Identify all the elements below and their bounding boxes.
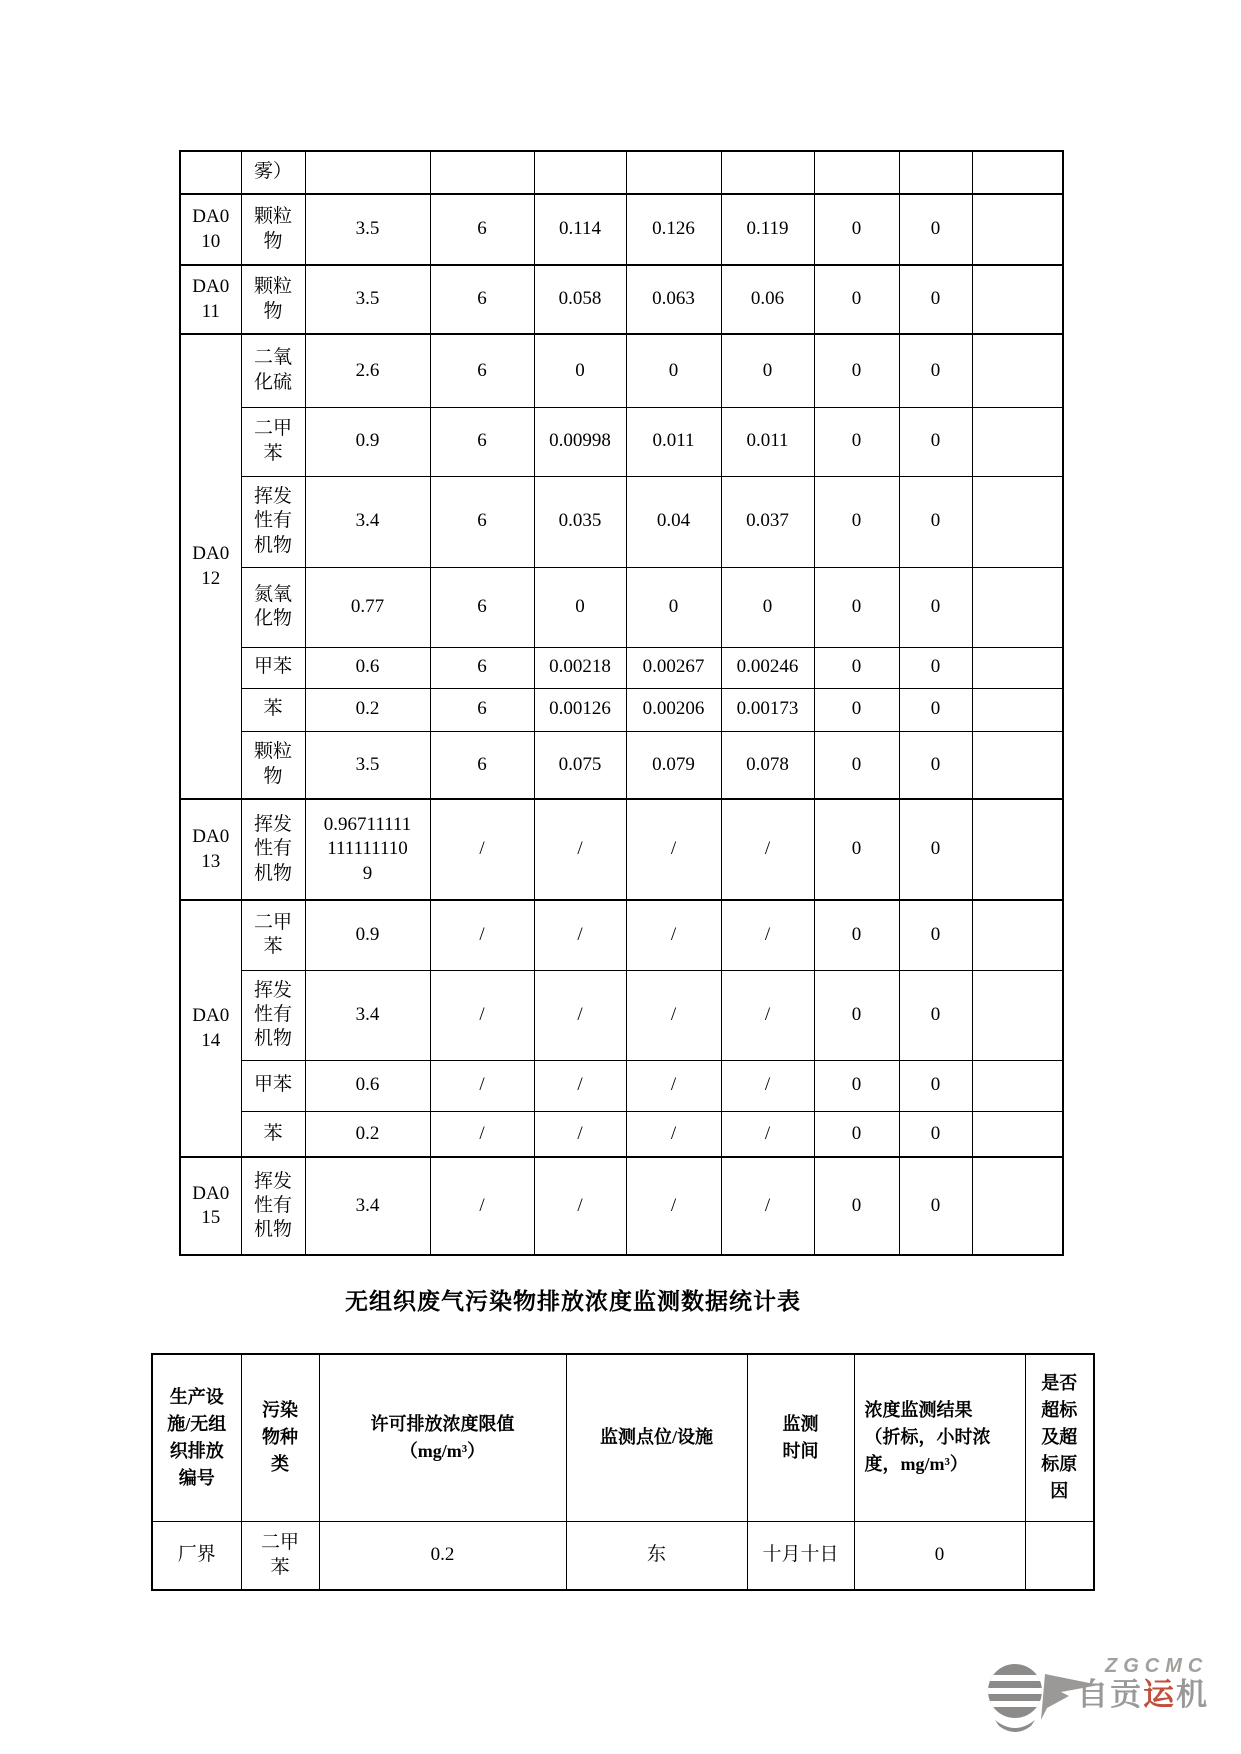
value-cell: 3.5 bbox=[305, 731, 430, 799]
value-cell: 0 bbox=[899, 194, 972, 265]
value-cell bbox=[721, 151, 814, 194]
table-row: 厂界二甲 苯0.2东十月十日0 bbox=[152, 1521, 1094, 1590]
value-cell: 0 bbox=[899, 799, 972, 900]
header-cell: 是否 超标 及超 标原 因 bbox=[1025, 1354, 1094, 1521]
value-cell: 0.00246 bbox=[721, 647, 814, 688]
pollutant-cell: 颗粒 物 bbox=[241, 194, 305, 265]
value-cell: 0 bbox=[814, 799, 899, 900]
pollutant-cell: 苯 bbox=[241, 1111, 305, 1157]
header-cell: 许可排放浓度限值 （mg/m³） bbox=[319, 1354, 566, 1521]
value-cell: / bbox=[721, 1060, 814, 1111]
pollutant-cell: 雾） bbox=[241, 151, 305, 194]
table-row: DA0 15挥发 性有 机物3.4////00 bbox=[180, 1157, 1063, 1255]
table-row: 二甲 苯0.960.009980.0110.01100 bbox=[180, 407, 1063, 476]
value-cell: 3.5 bbox=[305, 265, 430, 334]
value-cell: 0.011 bbox=[626, 407, 721, 476]
value-cell: 6 bbox=[430, 647, 534, 688]
value-cell: 0.2 bbox=[319, 1521, 566, 1590]
value-cell bbox=[972, 647, 1063, 688]
value-cell: 0 bbox=[899, 476, 972, 567]
value-cell: 0.075 bbox=[534, 731, 626, 799]
value-cell: / bbox=[626, 970, 721, 1060]
value-cell: 3.5 bbox=[305, 194, 430, 265]
value-cell: 0.6 bbox=[305, 1060, 430, 1111]
page-title: 无组织废气污染物排放浓度监测数据统计表 bbox=[345, 1283, 801, 1316]
value-cell: / bbox=[430, 900, 534, 970]
value-cell bbox=[972, 194, 1063, 265]
value-cell: 6 bbox=[430, 334, 534, 407]
logo-text: ZGCMC 自贡运机 bbox=[1077, 1656, 1209, 1710]
value-cell bbox=[972, 799, 1063, 900]
value-cell: 0 bbox=[854, 1521, 1025, 1590]
table-row: 苯0.260.001260.002060.0017300 bbox=[180, 688, 1063, 731]
value-cell bbox=[972, 1060, 1063, 1111]
value-cell bbox=[430, 151, 534, 194]
value-cell bbox=[305, 151, 430, 194]
value-cell: 0.037 bbox=[721, 476, 814, 567]
pollutant-cell: 二甲 苯 bbox=[241, 900, 305, 970]
value-cell: / bbox=[534, 900, 626, 970]
value-cell: 3.4 bbox=[305, 970, 430, 1060]
emission-table: 雾）DA0 10颗粒 物3.560.1140.1260.11900DA0 11颗… bbox=[179, 150, 1064, 1256]
table-row: 苯0.2////00 bbox=[180, 1111, 1063, 1157]
facility-id-cell: DA0 12 bbox=[180, 334, 241, 799]
value-cell: 0 bbox=[721, 334, 814, 407]
value-cell: 2.6 bbox=[305, 334, 430, 407]
facility-id-cell: DA0 15 bbox=[180, 1157, 241, 1255]
brand-cn-accent: 运 bbox=[1143, 1677, 1176, 1712]
value-cell: 0 bbox=[626, 334, 721, 407]
value-cell: 0.114 bbox=[534, 194, 626, 265]
table-row: 甲苯0.660.002180.002670.0024600 bbox=[180, 647, 1063, 688]
value-cell: 0.119 bbox=[721, 194, 814, 265]
value-cell: / bbox=[626, 1060, 721, 1111]
table-row: DA0 14二甲 苯0.9////00 bbox=[180, 900, 1063, 970]
value-cell: / bbox=[430, 1111, 534, 1157]
pollutant-cell: 挥发 性有 机物 bbox=[241, 970, 305, 1060]
value-cell: 0 bbox=[814, 567, 899, 647]
value-cell: 0 bbox=[814, 970, 899, 1060]
value-cell: 0.011 bbox=[721, 407, 814, 476]
brand-text-en: ZGCMC bbox=[1105, 1656, 1209, 1676]
value-cell: / bbox=[534, 1157, 626, 1255]
value-cell bbox=[972, 567, 1063, 647]
value-cell: / bbox=[430, 1157, 534, 1255]
value-cell bbox=[972, 476, 1063, 567]
table-row: 颗粒 物3.560.0750.0790.07800 bbox=[180, 731, 1063, 799]
value-cell: 0.00218 bbox=[534, 647, 626, 688]
value-cell: / bbox=[721, 970, 814, 1060]
value-cell: 0.77 bbox=[305, 567, 430, 647]
pollutant-cell: 挥发 性有 机物 bbox=[241, 799, 305, 900]
value-cell bbox=[972, 265, 1063, 334]
brand-text-cn: 自贡运机 bbox=[1077, 1679, 1209, 1710]
value-cell: 0 bbox=[814, 1157, 899, 1255]
value-cell: / bbox=[430, 1060, 534, 1111]
value-cell: 0 bbox=[899, 1111, 972, 1157]
value-cell: 0.00173 bbox=[721, 688, 814, 731]
pollutant-cell: 颗粒 物 bbox=[241, 731, 305, 799]
value-cell: / bbox=[721, 799, 814, 900]
value-cell: 0.063 bbox=[626, 265, 721, 334]
value-cell bbox=[1025, 1521, 1094, 1590]
value-cell: 0 bbox=[814, 407, 899, 476]
pollutant-cell: 甲苯 bbox=[241, 1060, 305, 1111]
value-cell bbox=[626, 151, 721, 194]
value-cell bbox=[972, 731, 1063, 799]
value-cell: 0 bbox=[899, 265, 972, 334]
company-logo: ZGCMC 自贡运机 bbox=[985, 1656, 1241, 1740]
header-cell: 监测点位/设施 bbox=[566, 1354, 747, 1521]
value-cell: 十月十日 bbox=[747, 1521, 854, 1590]
value-cell: 0 bbox=[814, 688, 899, 731]
value-cell bbox=[972, 970, 1063, 1060]
value-cell: 0.06 bbox=[721, 265, 814, 334]
value-cell: 0 bbox=[899, 688, 972, 731]
brand-cn-suffix: 机 bbox=[1176, 1677, 1209, 1712]
document-page: 雾）DA0 10颗粒 物3.560.1140.1260.11900DA0 11颗… bbox=[0, 0, 1241, 1754]
table-row: 甲苯0.6////00 bbox=[180, 1060, 1063, 1111]
header-cell: 生产设 施/无组 织排放 编号 bbox=[152, 1354, 241, 1521]
value-cell: 0.058 bbox=[534, 265, 626, 334]
value-cell: 0 bbox=[899, 1060, 972, 1111]
value-cell: / bbox=[430, 970, 534, 1060]
value-cell: 0.2 bbox=[305, 1111, 430, 1157]
value-cell: / bbox=[534, 799, 626, 900]
value-cell: 0 bbox=[721, 567, 814, 647]
value-cell bbox=[972, 151, 1063, 194]
value-cell: 0 bbox=[899, 567, 972, 647]
facility-id-cell: DA0 10 bbox=[180, 194, 241, 265]
value-cell: / bbox=[626, 799, 721, 900]
pollutant-cell: 挥发 性有 机物 bbox=[241, 476, 305, 567]
value-cell: 0.00267 bbox=[626, 647, 721, 688]
value-cell: 6 bbox=[430, 265, 534, 334]
value-cell bbox=[972, 407, 1063, 476]
value-cell: / bbox=[534, 970, 626, 1060]
value-cell: 二甲 苯 bbox=[241, 1521, 319, 1590]
facility-id-cell bbox=[180, 151, 241, 194]
pollutant-cell: 挥发 性有 机物 bbox=[241, 1157, 305, 1255]
value-cell: 3.4 bbox=[305, 476, 430, 567]
value-cell: 0.6 bbox=[305, 647, 430, 688]
emission-table-body: 雾）DA0 10颗粒 物3.560.1140.1260.11900DA0 11颗… bbox=[180, 151, 1063, 1255]
table-row: DA0 10颗粒 物3.560.1140.1260.11900 bbox=[180, 194, 1063, 265]
table-row: 雾） bbox=[180, 151, 1063, 194]
pollutant-cell: 氮氧 化物 bbox=[241, 567, 305, 647]
header-cell: 监测 时间 bbox=[747, 1354, 854, 1521]
value-cell: 0.079 bbox=[626, 731, 721, 799]
value-cell: 0.126 bbox=[626, 194, 721, 265]
value-cell: / bbox=[626, 1111, 721, 1157]
pollutant-cell: 甲苯 bbox=[241, 647, 305, 688]
value-cell: 0.035 bbox=[534, 476, 626, 567]
value-cell bbox=[972, 900, 1063, 970]
value-cell: 0.2 bbox=[305, 688, 430, 731]
value-cell: / bbox=[721, 1111, 814, 1157]
brand-cn-prefix: 自贡 bbox=[1077, 1677, 1143, 1712]
value-cell: / bbox=[626, 1157, 721, 1255]
value-cell: 6 bbox=[430, 567, 534, 647]
value-cell: 6 bbox=[430, 407, 534, 476]
table-row: DA0 12二氧 化硫2.6600000 bbox=[180, 334, 1063, 407]
facility-id-cell: DA0 14 bbox=[180, 900, 241, 1157]
value-cell: 0 bbox=[899, 970, 972, 1060]
value-cell: 0.00126 bbox=[534, 688, 626, 731]
pollutant-cell: 颗粒 物 bbox=[241, 265, 305, 334]
table-row: DA0 13挥发 性有 机物0.96711111 111111110 9////… bbox=[180, 799, 1063, 900]
value-cell: 0 bbox=[814, 265, 899, 334]
value-cell: 0.078 bbox=[721, 731, 814, 799]
facility-id-cell: DA0 11 bbox=[180, 265, 241, 334]
value-cell: 0 bbox=[899, 1157, 972, 1255]
value-cell: 0.9 bbox=[305, 407, 430, 476]
value-cell: 东 bbox=[566, 1521, 747, 1590]
value-cell: / bbox=[721, 900, 814, 970]
value-cell: 0 bbox=[814, 731, 899, 799]
value-cell: 0.9 bbox=[305, 900, 430, 970]
value-cell: 3.4 bbox=[305, 1157, 430, 1255]
header-cell: 浓度监测结果 （折标，小时浓 度，mg/m³） bbox=[854, 1354, 1025, 1521]
value-cell: 0 bbox=[534, 334, 626, 407]
value-cell: 0 bbox=[534, 567, 626, 647]
value-cell: 0 bbox=[899, 731, 972, 799]
value-cell: / bbox=[534, 1060, 626, 1111]
value-cell: 0 bbox=[814, 900, 899, 970]
value-cell bbox=[972, 334, 1063, 407]
value-cell: 0.00206 bbox=[626, 688, 721, 731]
table-row: 挥发 性有 机物3.4////00 bbox=[180, 970, 1063, 1060]
table-row: DA0 11颗粒 物3.560.0580.0630.0600 bbox=[180, 265, 1063, 334]
value-cell bbox=[972, 1157, 1063, 1255]
value-cell bbox=[899, 151, 972, 194]
value-cell bbox=[534, 151, 626, 194]
value-cell: 6 bbox=[430, 688, 534, 731]
value-cell: 0.00998 bbox=[534, 407, 626, 476]
value-cell: 0 bbox=[899, 334, 972, 407]
value-cell: 0 bbox=[814, 1060, 899, 1111]
value-cell: 0 bbox=[814, 647, 899, 688]
value-cell: 6 bbox=[430, 194, 534, 265]
pollutant-cell: 二氧 化硫 bbox=[241, 334, 305, 407]
pollutant-cell: 二甲 苯 bbox=[241, 407, 305, 476]
value-cell bbox=[972, 1111, 1063, 1157]
fugitive-table: 生产设 施/无组 织排放 编号污染 物种 类许可排放浓度限值 （mg/m³）监测… bbox=[151, 1353, 1095, 1591]
value-cell: 0.04 bbox=[626, 476, 721, 567]
value-cell: 厂界 bbox=[152, 1521, 241, 1590]
value-cell: 0 bbox=[814, 476, 899, 567]
value-cell: 0 bbox=[814, 194, 899, 265]
value-cell: 0 bbox=[626, 567, 721, 647]
value-cell: 0 bbox=[899, 900, 972, 970]
value-cell: 0 bbox=[899, 647, 972, 688]
value-cell: / bbox=[721, 1157, 814, 1255]
header-cell: 污染 物种 类 bbox=[241, 1354, 319, 1521]
facility-id-cell: DA0 13 bbox=[180, 799, 241, 900]
table-row: 氮氧 化物0.77600000 bbox=[180, 567, 1063, 647]
value-cell bbox=[972, 688, 1063, 731]
value-cell: / bbox=[430, 799, 534, 900]
pollutant-cell: 苯 bbox=[241, 688, 305, 731]
value-cell: / bbox=[626, 900, 721, 970]
value-cell: / bbox=[534, 1111, 626, 1157]
fugitive-table-body: 生产设 施/无组 织排放 编号污染 物种 类许可排放浓度限值 （mg/m³）监测… bbox=[152, 1354, 1094, 1590]
value-cell: 0 bbox=[814, 1111, 899, 1157]
value-cell: 6 bbox=[430, 476, 534, 567]
value-cell: 0.96711111 111111110 9 bbox=[305, 799, 430, 900]
value-cell: 0 bbox=[814, 334, 899, 407]
value-cell: 0 bbox=[899, 407, 972, 476]
value-cell bbox=[814, 151, 899, 194]
table-row: 挥发 性有 机物3.460.0350.040.03700 bbox=[180, 476, 1063, 567]
value-cell: 6 bbox=[430, 731, 534, 799]
header-row: 生产设 施/无组 织排放 编号污染 物种 类许可排放浓度限值 （mg/m³）监测… bbox=[152, 1354, 1094, 1521]
